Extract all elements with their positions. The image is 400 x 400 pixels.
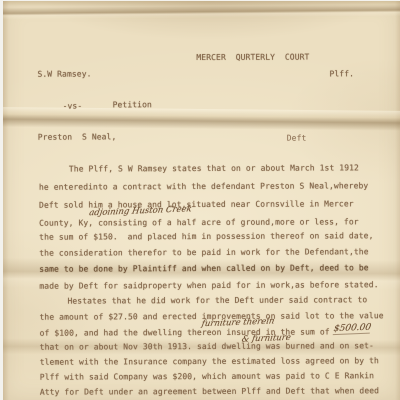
body-line: made by Deft for saidproperty when paid … (39, 280, 378, 291)
photo-of-document: MERCER QURTERLY COURT S.W Ramsey. Plff. … (0, 0, 400, 400)
handwritten-annotation: adjoining Huston Creek (88, 205, 192, 218)
body-line: the sum of $150. and placed him in posse… (39, 231, 373, 242)
body-line: same to be done by Plaintiff and when ca… (39, 263, 368, 274)
body-line: Deft sold him a house and lot,situated n… (39, 199, 354, 210)
body-line: The Plff, S W Ramsey states that on or a… (69, 163, 359, 174)
body-line: the consideration therefor to be paid in… (39, 247, 368, 258)
body-line: Plff with said Company was $200, which a… (40, 371, 374, 382)
handwritten-annotation: $500.00 (333, 324, 372, 336)
plaintiff-label: Plff. (329, 69, 354, 79)
body-line: Atty for Deft under an agreement between… (40, 386, 379, 397)
body-line: Hestates that he did work for the Deft u… (67, 295, 367, 306)
defendant-name: Preston S Neal, (38, 132, 117, 142)
plaintiff-name: S.W Ramsey. (37, 69, 91, 79)
vs-label: -vs- (63, 102, 83, 112)
document-title: Petition (113, 100, 152, 110)
document-paper: MERCER QURTERLY COURT S.W Ramsey. Plff. … (3, 1, 400, 400)
defendant-label: Deft (287, 134, 307, 144)
body-line: that on or about Nov 30th 1913. said dwe… (40, 341, 374, 352)
body-line: he enteredinto a contract with the defen… (39, 181, 368, 192)
body-line: tlement with the Insurance company the e… (40, 356, 379, 367)
court-name: MERCER QURTERLY COURT (196, 53, 309, 63)
body-line: County, Ky, consisting of a half acre of… (39, 217, 359, 228)
document-content: MERCER QURTERLY COURT S.W Ramsey. Plff. … (2, 0, 400, 400)
